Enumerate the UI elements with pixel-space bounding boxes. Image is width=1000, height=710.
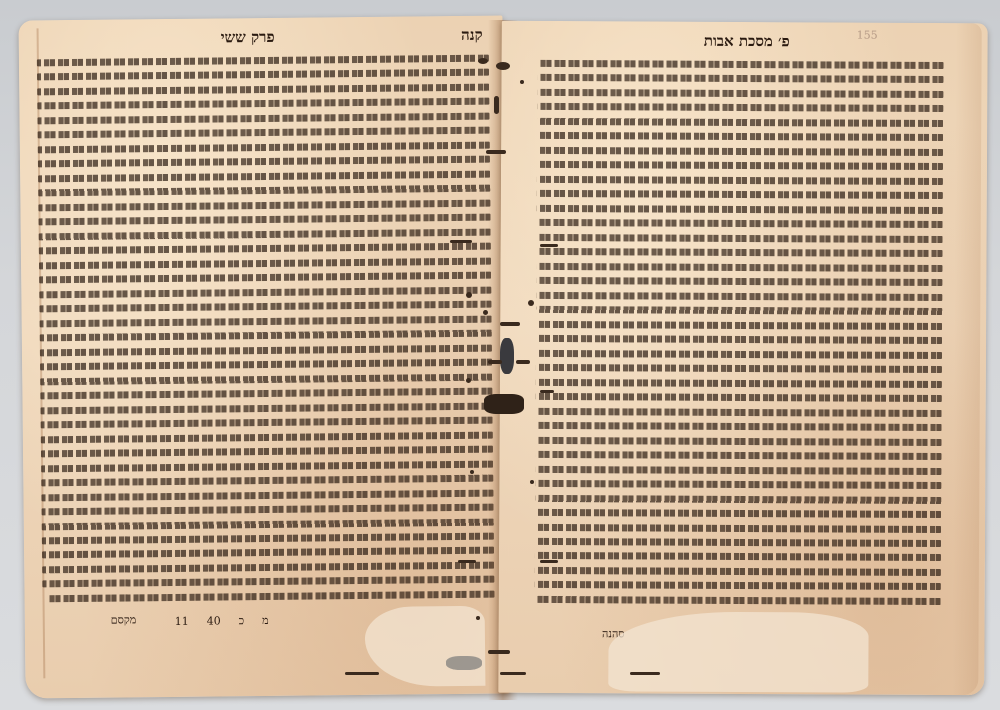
wormhole xyxy=(483,310,488,315)
text-line xyxy=(537,231,943,245)
signature-mark: 40 xyxy=(207,614,221,627)
text-line xyxy=(537,129,943,143)
torn-corner-left xyxy=(365,606,486,687)
right-body-text xyxy=(535,57,944,610)
text-line xyxy=(537,144,943,158)
faint-page-number: 155 xyxy=(857,29,878,42)
text-line xyxy=(537,173,943,187)
text-line xyxy=(535,549,941,563)
right-page: 155 פ׳ מסכת אבות סהנה xyxy=(498,21,988,696)
signature-mark: מ xyxy=(262,614,269,627)
left-body-text xyxy=(37,52,495,607)
wormhole xyxy=(540,244,558,247)
text-line xyxy=(537,187,943,201)
text-line xyxy=(537,158,943,172)
text-line xyxy=(536,303,942,317)
wormhole xyxy=(516,360,530,364)
wormhole xyxy=(466,292,472,298)
torn-area-right xyxy=(608,611,868,692)
text-line xyxy=(536,289,942,303)
book-spread: פרק ששי קנה 11 40 כ מ מקסם 155 פ׳ מסכת א… xyxy=(0,0,1000,710)
signature-marks: 11 40 כ מ xyxy=(175,614,269,628)
wormhole xyxy=(540,390,554,393)
wormhole-damage xyxy=(484,394,524,414)
text-line xyxy=(537,216,943,230)
wormhole xyxy=(458,560,476,563)
text-line xyxy=(536,318,942,332)
text-line xyxy=(535,477,941,491)
wormhole xyxy=(520,80,524,84)
text-line xyxy=(537,100,943,114)
text-line xyxy=(536,419,942,433)
wormhole xyxy=(450,240,472,243)
wormhole xyxy=(500,322,520,326)
wormhole xyxy=(496,62,510,70)
text-line xyxy=(535,593,941,607)
text-line xyxy=(535,462,941,476)
left-folio-number: קנה xyxy=(461,26,483,45)
signature-mark: 11 xyxy=(175,615,189,628)
text-line xyxy=(538,57,944,71)
left-running-head: פרק ששי xyxy=(221,28,275,48)
text-line xyxy=(537,115,943,129)
text-line xyxy=(536,347,942,361)
text-line xyxy=(537,202,943,216)
text-line xyxy=(535,578,941,592)
left-catchword: מקסם xyxy=(111,613,137,626)
signature-mark: כ xyxy=(239,614,245,627)
text-line xyxy=(536,434,942,448)
left-page: פרק ששי קנה 11 40 כ מ מקסם xyxy=(18,15,509,698)
wormhole xyxy=(530,480,534,484)
text-line xyxy=(535,491,941,505)
text-line xyxy=(536,376,942,390)
wormhole xyxy=(630,672,660,675)
wormhole xyxy=(345,672,379,675)
text-line xyxy=(536,260,942,274)
wormhole xyxy=(540,560,558,563)
text-line xyxy=(535,535,941,549)
text-line xyxy=(536,405,942,419)
wormhole xyxy=(470,470,474,474)
wormhole xyxy=(488,360,502,364)
text-line xyxy=(535,506,941,520)
text-line xyxy=(537,86,943,100)
wormhole xyxy=(494,96,499,114)
wormhole xyxy=(486,150,506,154)
text-line xyxy=(535,564,941,578)
text-line xyxy=(536,390,942,404)
wormhole xyxy=(500,672,526,675)
wormhole xyxy=(476,616,480,620)
right-running-head: פ׳ מסכת אבות xyxy=(704,32,790,51)
wormhole xyxy=(528,300,534,306)
wormhole xyxy=(466,378,471,383)
text-line xyxy=(42,588,494,605)
text-line xyxy=(535,448,941,462)
water-stain xyxy=(446,656,482,670)
wormhole xyxy=(488,650,510,654)
text-line xyxy=(536,361,942,375)
text-line xyxy=(536,274,942,288)
text-line xyxy=(537,245,943,259)
text-line xyxy=(536,332,942,346)
wormhole xyxy=(478,58,488,64)
text-line xyxy=(537,71,943,85)
text-line xyxy=(535,520,941,534)
wormhole-damage xyxy=(500,338,514,374)
